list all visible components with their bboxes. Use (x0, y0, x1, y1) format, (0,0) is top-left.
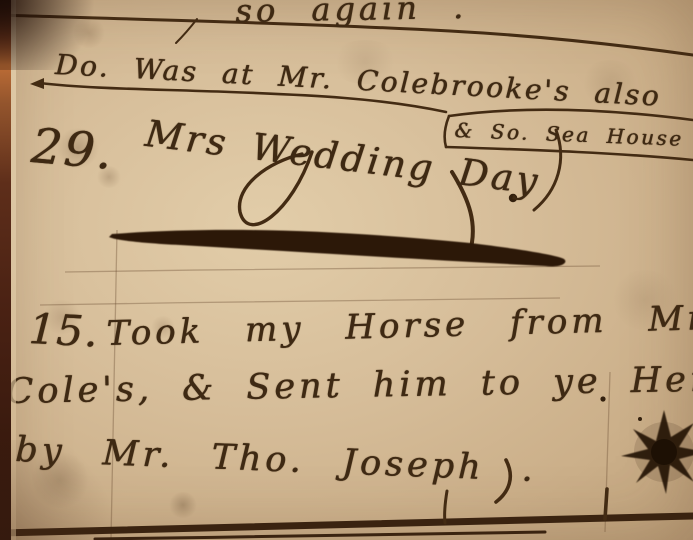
bottom-rule-second (95, 532, 545, 539)
wedding-day-number: 29. (29, 118, 116, 181)
descender-tail (176, 19, 197, 43)
horse-day-number: 15. (27, 304, 99, 357)
descender-tick (605, 489, 607, 519)
top-line-fragment: so again . (235, 0, 467, 30)
manuscript-photo: so again . Do. Was at Mr. Colebrooke's a… (0, 0, 693, 540)
heavy-ink-underline (109, 230, 565, 267)
insert-box-left (445, 116, 449, 147)
descender-tick (445, 491, 447, 523)
ink-blot-center (651, 439, 677, 465)
bottom-left-shade (0, 440, 120, 540)
top-left-shadow (0, 0, 120, 70)
ink-speck (638, 417, 642, 421)
horizontal-crease (65, 266, 600, 272)
